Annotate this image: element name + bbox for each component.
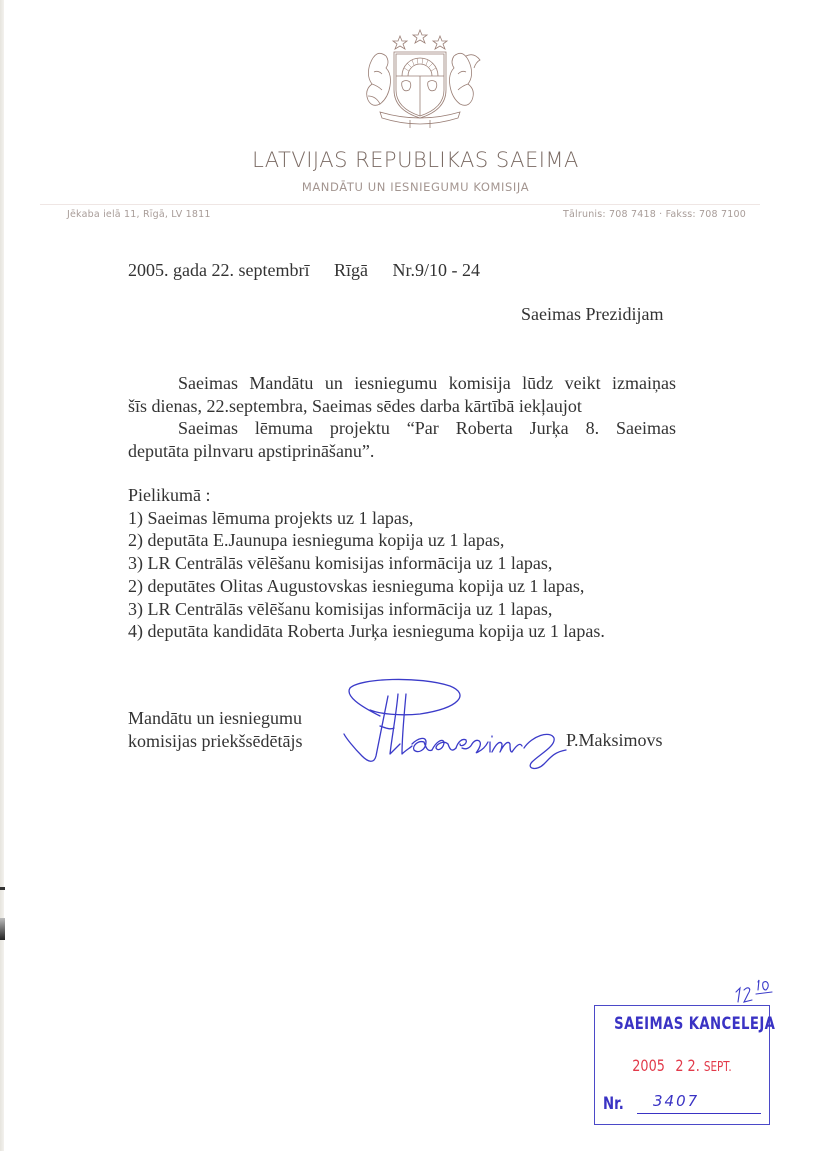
stamp-number-value: 3407 (653, 1092, 699, 1110)
body-line: Saeimas lēmuma projektu “Par Roberta Jur… (128, 417, 676, 440)
signatory-name: P.Maksimovs (566, 730, 663, 751)
body-line: deputāta pilnvaru apstiprināšanu”. (128, 440, 676, 463)
letter-city: Rīgā (334, 259, 368, 282)
handwritten-signature (340, 676, 570, 774)
scan-artifact (0, 918, 5, 940)
body-line: Saeimas Mandātu un iesniegumu komisija l… (128, 372, 676, 395)
signatory-title: Mandātu un iesniegumu komisijas priekšsē… (128, 707, 302, 752)
stamp-year: 2005 (632, 1056, 665, 1075)
registry-stamp: SAEIMAS KANCELEJA 2005 2 2. SEPT. Nr. 34… (594, 1005, 770, 1125)
stamp-title: SAEIMAS KANCELEJA (614, 1014, 750, 1034)
attachments-heading: Pielikumā : (128, 484, 605, 507)
attachment-item: 4) deputāta kandidāta Roberta Jurķa iesn… (128, 620, 605, 643)
latvia-coat-of-arms-icon (350, 24, 490, 129)
signatory-title-line: komisijas priekšsēdētājs (128, 730, 302, 753)
body-line: šīs dienas, 22.septembra, Saeimas sēdes … (128, 395, 676, 418)
attachments-section: Pielikumā : 1) Saeimas lēmuma projekts u… (128, 484, 605, 643)
letterhead-address: Jēkaba ielā 11, Rīgā, LV 1811 (67, 209, 211, 220)
organization-title: LATVIJAS REPUBLIKAS SAEIMA (0, 148, 831, 172)
attachment-item: 1) Saeimas lēmuma projekts uz 1 lapas, (128, 507, 605, 530)
letter-number: Nr.9/10 - 24 (392, 259, 480, 282)
scan-artifact (0, 887, 5, 890)
letter-date: 2005. gada 22. septembrī (128, 259, 309, 282)
scan-edge (0, 0, 4, 1151)
stamp-date: 2005 2 2. SEPT. (612, 1056, 751, 1075)
attachments-list: 1) Saeimas lēmuma projekts uz 1 lapas, 2… (128, 507, 605, 643)
letterhead-contacts: Tālrunis: 708 7418 · Fakss: 708 7100 (563, 209, 746, 220)
stamp-number-label: Nr. (603, 1094, 624, 1114)
stamp-number-line (637, 1113, 761, 1114)
handwritten-time-note: 12 10 (732, 978, 782, 1008)
attachment-item: 2) deputāta E.Jaunupa iesnieguma kopija … (128, 529, 605, 552)
letter-body: Saeimas Mandātu un iesniegumu komisija l… (128, 372, 676, 462)
letterhead-divider (40, 204, 760, 205)
attachment-item: 3) LR Centrālās vēlēšanu komisijas infor… (128, 552, 605, 575)
letter-dateline: 2005. gada 22. septembrī Rīgā Nr.9/10 - … (128, 259, 480, 282)
stamp-month: SEPT. (704, 1060, 732, 1075)
attachment-item: 3) LR Centrālās vēlēšanu komisijas infor… (128, 598, 605, 621)
organization-subtitle: MANDĀTU UN IESNIEGUMU KOMISIJA (0, 180, 831, 194)
stamp-day: 2 2. (675, 1056, 699, 1075)
signatory-title-line: Mandātu un iesniegumu (128, 707, 302, 730)
letter-addressee: Saeimas Prezidijam (521, 303, 663, 326)
attachment-item: 2) deputātes Olitas Augustovskas iesnieg… (128, 575, 605, 598)
